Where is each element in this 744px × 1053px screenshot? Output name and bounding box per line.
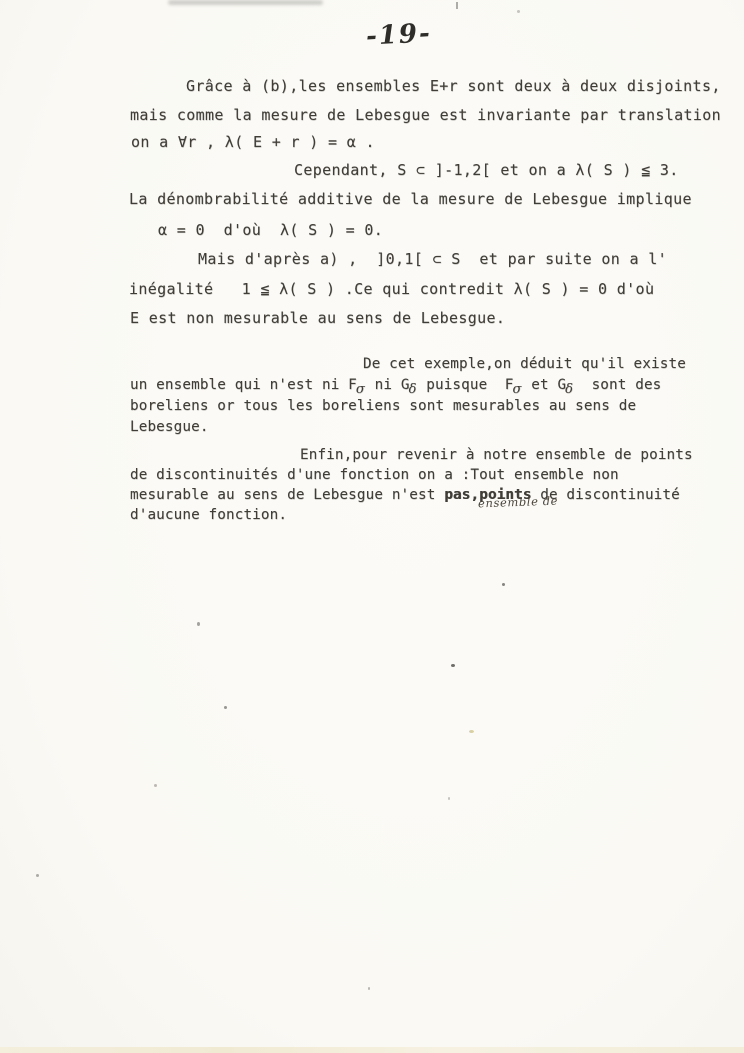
delta-subscript: δ	[409, 382, 417, 397]
para2-line2-text: et G	[523, 377, 567, 393]
dust-speck	[448, 797, 450, 800]
dust-speck	[451, 664, 455, 667]
para3-line-2: de discontinuités d'une fonction on a :T…	[130, 467, 619, 484]
para1-line-8: inégalité 1 ≦ λ( S ) .Ce qui contredit λ…	[129, 281, 654, 298]
sigma-subscript: σ	[513, 382, 522, 397]
scan-edge-band	[0, 1047, 744, 1053]
page-number-handwritten: -19-	[365, 18, 432, 51]
para2-line-1: De cet exemple,on déduit qu'il existe	[363, 356, 686, 373]
dust-speck	[469, 730, 474, 733]
overstruck-word-pas: pas	[444, 487, 470, 503]
scan-smudge-top	[168, 0, 323, 5]
scanned-document-page: -19- Grâce à (b),les ensembles E+r sont …	[0, 0, 744, 1053]
para2-line-3: boreliens or tous les boreliens sont mes…	[130, 398, 636, 415]
para2-line2-text: un ensemble qui n'est ni F	[130, 377, 357, 393]
delta-subscript: δ	[565, 382, 573, 397]
para1-line-2: mais comme la mesure de Lebesgue est inv…	[130, 107, 721, 124]
para3-line-3: mesurable au sens de Lebesgue n'est pas,…	[130, 487, 680, 504]
dust-speck	[502, 583, 505, 586]
dust-speck	[224, 706, 227, 709]
para1-line-1: Grâce à (b),les ensembles E+r sont deux …	[186, 78, 721, 95]
para1-line-7: Mais d'après a) , ]0,1[ ⊂ S et par suite…	[198, 251, 667, 268]
para3-line-1: Enfin,pour revenir à notre ensemble de p…	[300, 447, 693, 464]
dust-speck	[368, 987, 370, 990]
sigma-subscript: σ	[356, 382, 365, 397]
para1-line-9: E est non mesurable au sens de Lebesgue.	[130, 310, 505, 327]
para1-line-4: Cependant, S ⊂ ]-1,2[ et on a λ( S ) ≦ 3…	[294, 162, 679, 179]
handwritten-insertion: ensemble de	[478, 494, 559, 511]
para2-line2-text: ni G	[366, 377, 410, 393]
para2-line-2: un ensemble qui n'est ni Fσ ni Gδ puisqu…	[130, 377, 661, 394]
para1-line-6: α = 0 d'où λ( S ) = 0.	[158, 222, 383, 239]
para1-line-3: on a ∀r , λ( E + r ) = α .	[131, 134, 375, 151]
para2-line-4: Lebesgue.	[130, 419, 209, 436]
scan-mark	[456, 2, 458, 9]
para3-line3-text: mesurable au sens de Lebesgue n'est	[130, 487, 444, 503]
para2-line2-text: puisque F	[418, 377, 514, 393]
dust-speck	[36, 874, 39, 877]
para2-line2-text: sont des	[574, 377, 661, 393]
dust-speck	[154, 784, 157, 787]
scan-mark	[517, 10, 520, 13]
para1-line-5: La dénombrabilité additive de la mesure …	[129, 191, 692, 208]
para3-line-4: d'aucune fonction.	[130, 507, 287, 524]
dust-speck	[197, 622, 200, 626]
